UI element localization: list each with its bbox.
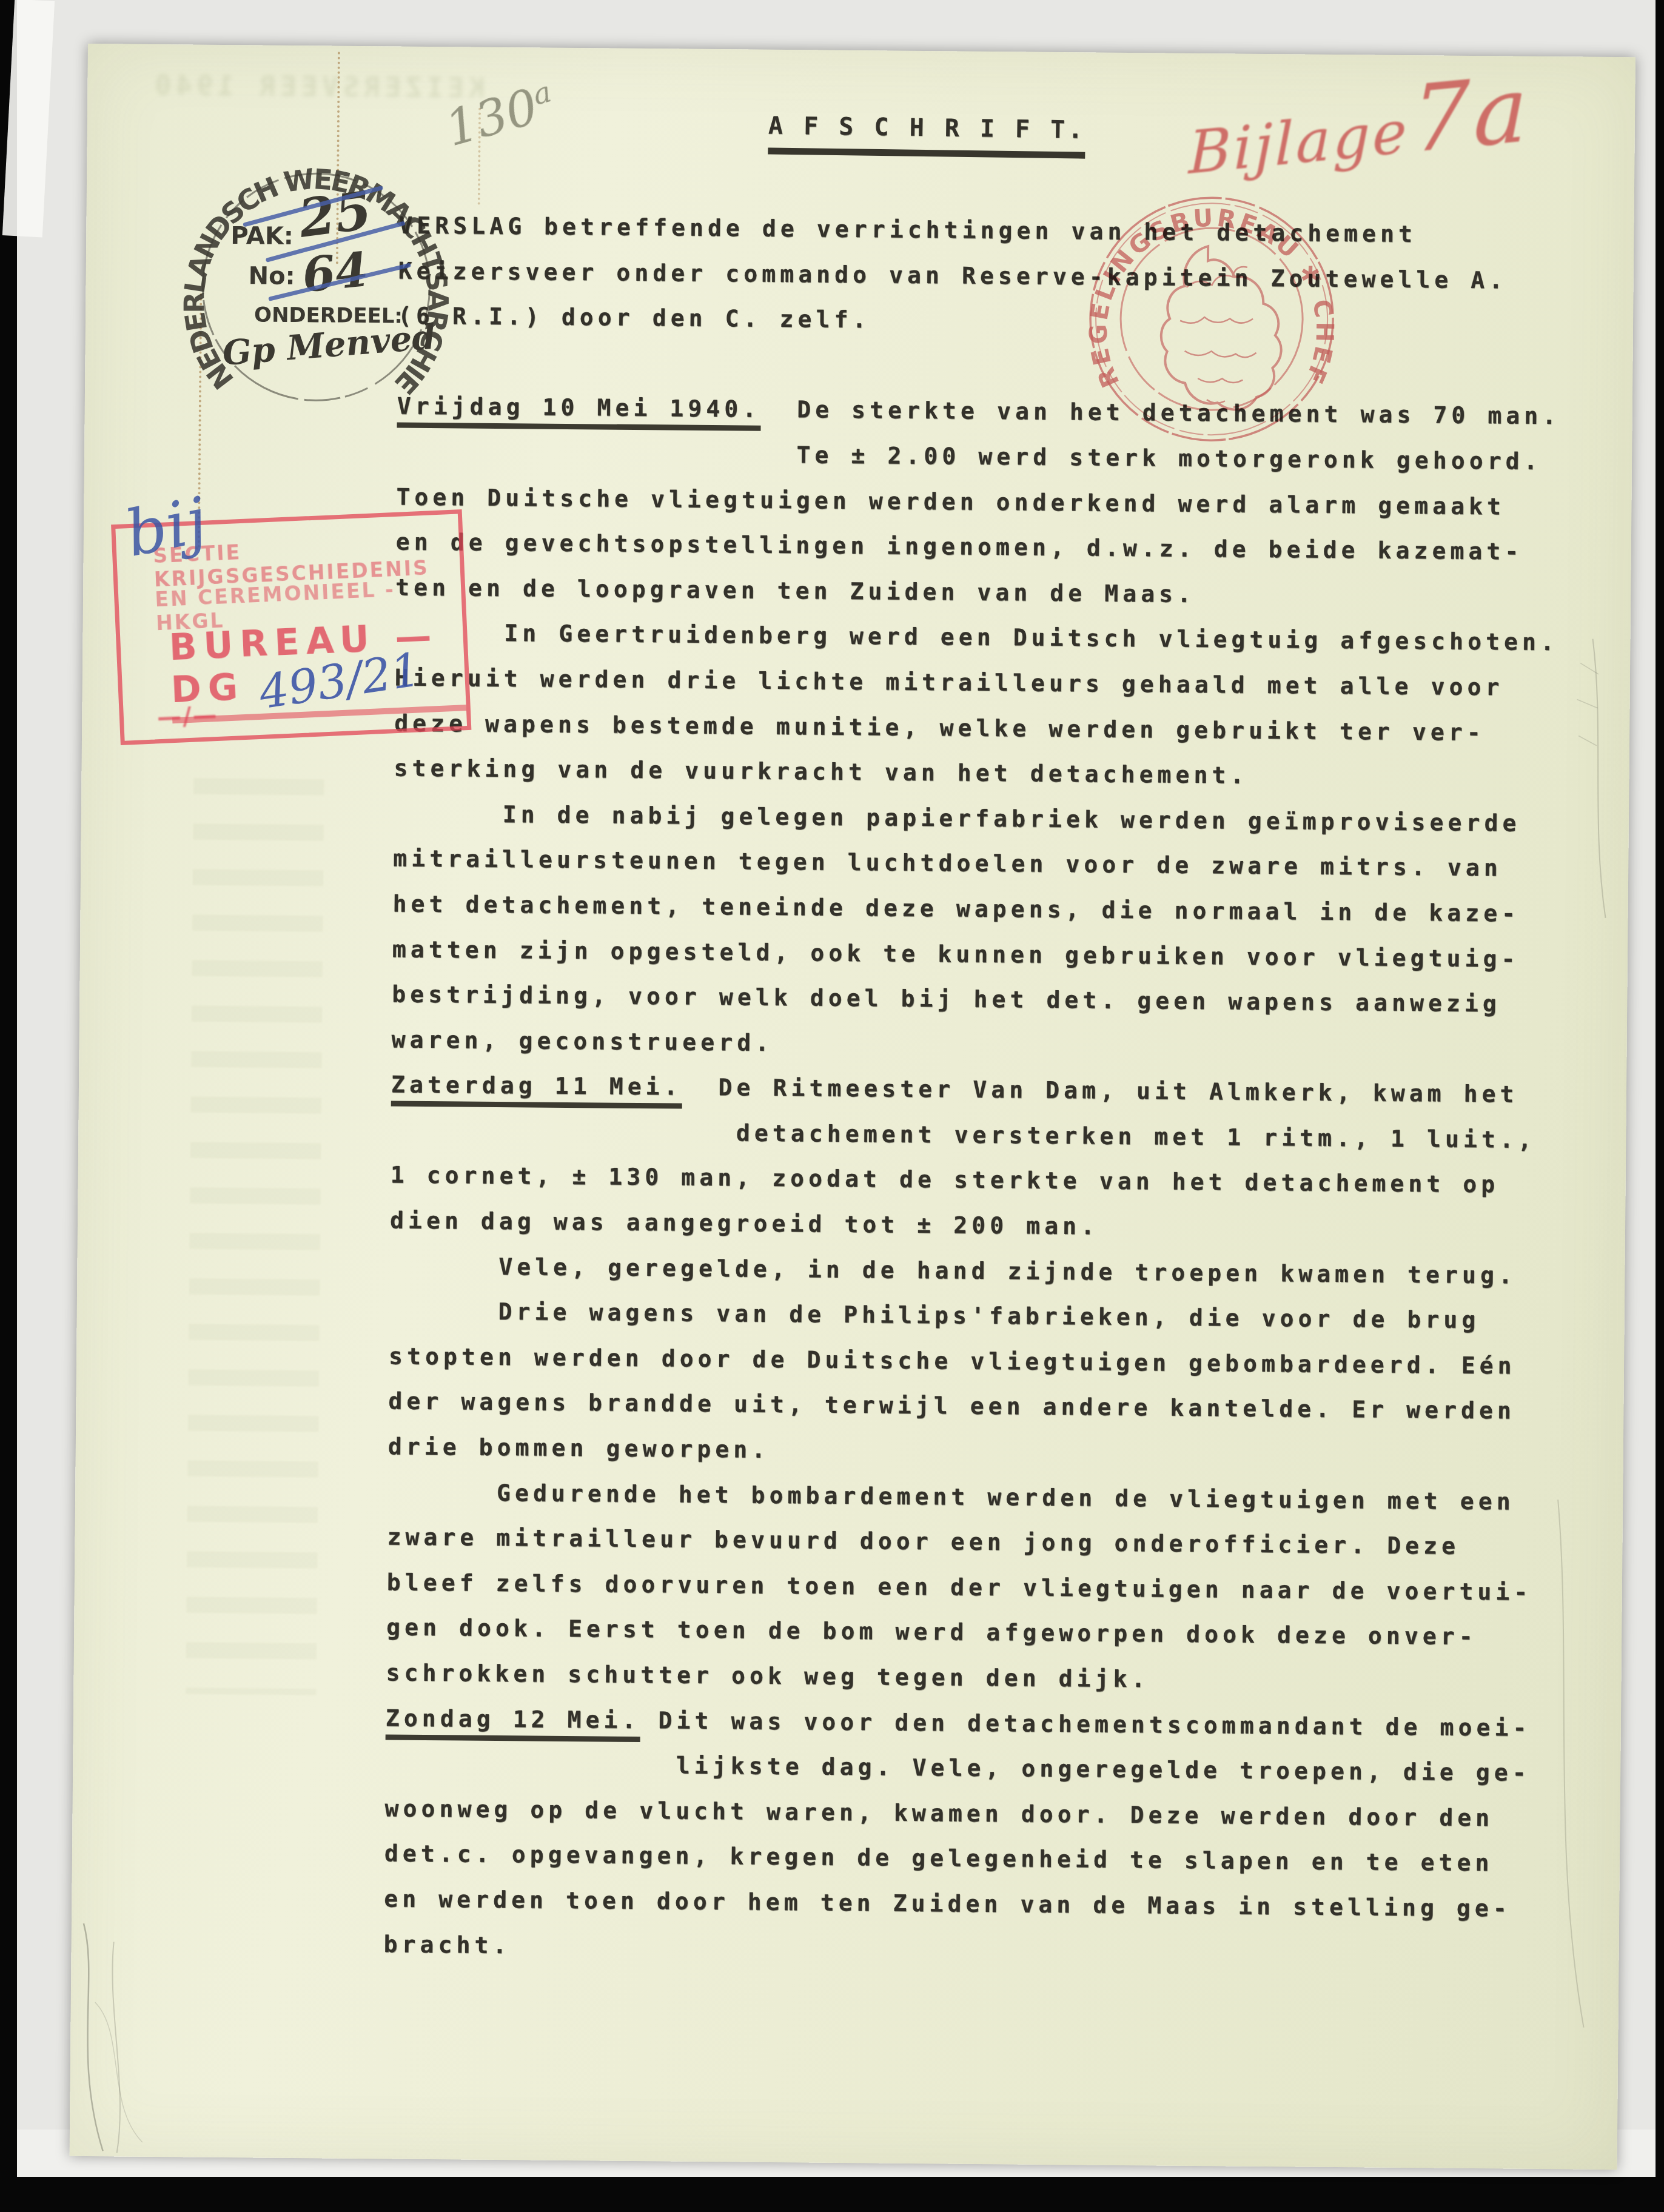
document-title: A F S C H R I F T.: [768, 112, 1085, 158]
typed-line-text: zware mitrailleur bevuurd door een jong …: [387, 1524, 1460, 1560]
typed-line-text: bestrijding, voor welk doel bij het det.…: [392, 981, 1501, 1017]
typed-line-text: mitrailleursteunen tegen luchtdoelen voo…: [393, 845, 1502, 882]
typed-line-text: gen dook. Eerst toen de bom werd afgewor…: [386, 1614, 1477, 1651]
typed-line-text: (6 R.I.) door den C. zelf.: [398, 303, 871, 333]
typed-line-text: woonweg op de vlucht waren, kwamen door.…: [384, 1795, 1494, 1831]
typed-line-text: bleef zelfs doorvuren toen een der vlieg…: [387, 1569, 1532, 1605]
no-label: No:: [248, 262, 295, 290]
typed-line-text: het detachement, teneinde deze wapens, d…: [392, 890, 1520, 927]
blue-handwriting-bij: bij: [119, 483, 213, 571]
typed-line-text: drie bommen geworpen.: [388, 1433, 770, 1463]
typed-line-text: De Ritmeester Van Dam, uit Almkerk, kwam…: [682, 1074, 1518, 1108]
pak-value-handwritten: 25: [295, 179, 375, 250]
day-header-underlined: Zaterdag 11 Mei.: [391, 1071, 682, 1109]
typed-line-text: der wagens brandde uit, terwijl een ande…: [388, 1388, 1515, 1424]
typed-line-text: sterking van de vuurkracht van het detac…: [394, 755, 1248, 789]
typed-text-block: VERSLAG betreffende de verrichtingen van…: [383, 203, 1562, 1977]
typed-line-text: 1 cornet, ± 130 man, zoodat de sterkte v…: [391, 1162, 1500, 1198]
typed-line-text: stopten werden door de Duitsche vliegtui…: [389, 1342, 1516, 1379]
typed-line-text: detachement versterken met 1 ritm., 1 lu…: [391, 1116, 1536, 1153]
typed-line-text: det.c. opgevangen, kregen de gelegenheid…: [384, 1840, 1494, 1877]
bureau-stamp-marks: —/—: [156, 702, 219, 732]
typed-line-text: Hieruit werden drie lichte mitrailleurs …: [395, 664, 1504, 700]
no-value-handwritten: 64: [300, 242, 371, 303]
typed-line-text: Drie wagens van de Philips'fabrieken, di…: [389, 1298, 1480, 1334]
pak-label: PAK:: [230, 222, 294, 250]
typed-line-text: waren, geconstrueerd.: [391, 1026, 773, 1056]
typed-line-text: lijkste dag. Vele, ongeregelde troepen, …: [385, 1750, 1531, 1786]
typed-line-text: ten en de loopgraven ten Zuiden van de M…: [395, 574, 1195, 608]
typed-line-text: Gedurende het bombardement werden de vli…: [387, 1478, 1515, 1515]
typed-line-text: en de gevechtsopstellingen ingenomen, d.…: [396, 529, 1523, 565]
typed-line-text: matten zijn opgesteld, ook te kunnen geb…: [392, 936, 1520, 972]
torn-paper-sliver: [2, 0, 55, 237]
document-page: KEIZERSVEER 1940 130a Bijlage 7a A F S C…: [70, 44, 1635, 2170]
red-stamp-ring-text: REGELINGSBUREAU ✱ CHEF V/H: [1082, 189, 1340, 394]
typed-line-text: en werden toen door hem ten Zuiden van d…: [384, 1885, 1511, 1922]
typed-line-text: In de nabij gelegen papierfabriek werden…: [394, 800, 1521, 836]
typed-line-text: In Geertruidenberg werd een Duitsch vlie…: [395, 619, 1558, 656]
archive-round-stamp: NEDERLANDSCH WEERMACHTSARCHIEF PAK: No: …: [175, 139, 457, 429]
typed-line-text: dien dag was aangegroeid tot ± 200 man.: [390, 1207, 1099, 1239]
day-header-underlined: Zondag 12 Mei.: [386, 1704, 640, 1742]
heraldic-lion-figure: [1161, 246, 1282, 410]
svg-text:REGELINGSBUREAU ✱ CHEF V/H: REGELINGSBUREAU ✱ CHEF V/H: [1082, 189, 1340, 394]
typed-line-text: deze wapens bestemde munitie, welke werd…: [394, 709, 1485, 746]
typed-line-text: Vele, geregelde, in de hand zijnde troep…: [389, 1252, 1517, 1289]
typed-line-text: Dit was voor den detachementscommandant …: [640, 1707, 1531, 1741]
typed-line-text: schrokken schutter ook weg tegen den dij…: [386, 1659, 1149, 1692]
typed-line-text: bracht.: [383, 1931, 511, 1959]
typed-line-text: Toen Duitsche vliegtuigen werden onderke…: [396, 483, 1505, 520]
red-pencil-number: 7a: [1412, 56, 1531, 174]
red-round-stamp: REGELINGSBUREAU ✱ CHEF V/H: [1082, 189, 1342, 449]
typed-line-text: Te ± 2.00 werd sterk motorgeronk gehoord…: [397, 438, 1542, 474]
red-pencil-word: Bijlage: [1189, 98, 1410, 187]
